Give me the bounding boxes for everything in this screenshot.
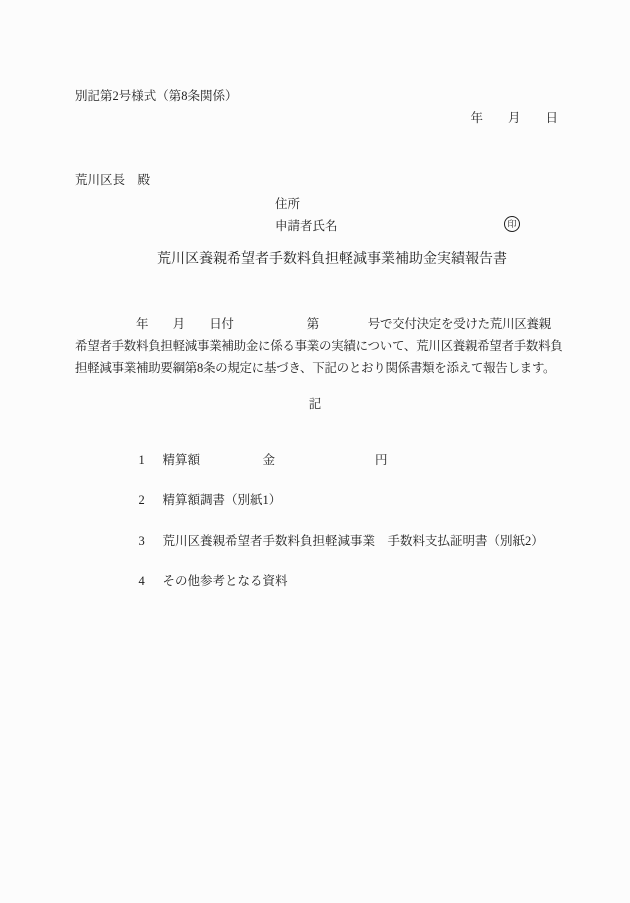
date-line: 年 月 日	[470, 111, 558, 127]
address-label: 住所	[275, 197, 300, 213]
document-page: 別記第2号様式（第8条関係） 年 月 日 荒川区長 殿 住所 申請者氏名 印 荒…	[0, 0, 630, 903]
applicant-name-label: 申請者氏名	[275, 219, 338, 235]
item-number: 1	[139, 453, 163, 469]
body-line-1: 年 月 日付 第 号で交付決定を受けた荒川区養親	[75, 313, 575, 335]
item-text: 精算額 金 円	[163, 453, 388, 467]
seal-icon: 印	[504, 216, 520, 232]
item-text: その他参考となる資料	[163, 574, 288, 588]
item-number: 2	[139, 493, 163, 509]
item-number: 4	[139, 574, 163, 590]
item-text: 荒川区養親希望者手数料負担軽減事業 手数料支払証明書（別紙2）	[163, 534, 544, 548]
body-line-3: 担軽減事業補助要綱第8条の規定に基づき、下記のとおり関係書類を添えて報告します。	[75, 357, 575, 379]
list-item-4: 4その他参考となる資料	[126, 558, 288, 605]
document-title: 荒川区養親希望者手数料負担軽減事業補助金実績報告書	[157, 251, 507, 269]
addressee-line: 荒川区長 殿	[75, 173, 150, 189]
list-item-2: 2精算額調書（別紙1）	[126, 477, 281, 524]
item-text: 精算額調書（別紙1）	[163, 493, 282, 507]
item-number: 3	[139, 534, 163, 550]
body-paragraph: 年 月 日付 第 号で交付決定を受けた荒川区養親 希望者手数料負担軽減事業補助金…	[75, 313, 575, 379]
body-line-2: 希望者手数料負担軽減事業補助金に係る事業の実績について、荒川区養親希望者手数料負	[75, 335, 575, 357]
form-number: 別記第2号様式（第8条関係）	[75, 89, 238, 105]
record-heading: 記	[0, 397, 630, 413]
